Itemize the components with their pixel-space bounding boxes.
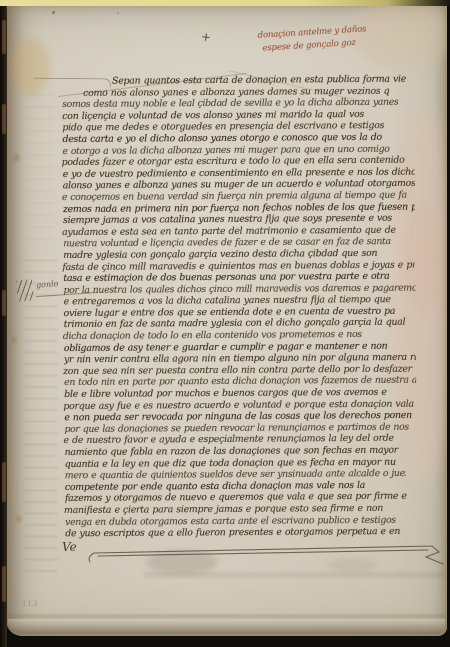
manuscript-text-line: nuestra voluntad e liçençia avedes de fa…	[63, 236, 415, 250]
foxing-spot	[12, 336, 16, 343]
manuscript-text-line: e de nuestro favor e ayuda e espeçialmen…	[64, 433, 416, 447]
folio-number-note: 113	[22, 600, 38, 608]
binding-stitch	[2, 290, 6, 316]
manuscript-text-block: Sepan quantos esta carta de donaçion en …	[62, 74, 417, 540]
page-stack-shadow	[8, 615, 445, 617]
book-spine	[0, 0, 7, 647]
manuscript-text-line: somos desta muy noble e leal çibdad de s…	[62, 97, 414, 111]
foxing-spot	[16, 516, 21, 522]
gutter-shadow	[6, 4, 24, 636]
binding-stitch	[2, 566, 6, 602]
invocation-cross-mark: +	[200, 29, 214, 44]
foxing-spot	[14, 154, 19, 162]
margin-annotation: gonlo	[36, 279, 59, 290]
manuscript-text-line: e conoçemos en buena verdad sin fuerça n…	[62, 189, 414, 203]
book-top-edge	[0, 0, 450, 6]
closing-flourish-line	[80, 536, 447, 578]
page-stack-edge	[8, 619, 445, 634]
manuscript-text-line: en todo nin en parte por quanto esta dic…	[64, 375, 416, 389]
manuscript-page: + donaçion antelme y daños espese de gon…	[6, 4, 447, 636]
closing-mark: Ve	[62, 540, 77, 554]
show-through-text	[26, 90, 54, 240]
manuscript-text-line: podades fazer e otorgar esta escritura e…	[62, 155, 414, 169]
margin-hatch-mark	[16, 279, 34, 302]
manuscript-scan: + donaçion antelme y daños espese de gon…	[0, 0, 450, 647]
ink-speck	[117, 12, 119, 14]
manuscript-text-line: pido que me dedes e otorguedes en presen…	[62, 120, 414, 134]
manuscript-text-line: e entregaremos a vos la dicha catalina y…	[64, 294, 416, 308]
binding-stitch	[2, 104, 6, 134]
rubric-annotation: donaçion antelme y daños espese de gonça…	[257, 22, 384, 56]
manuscript-text-line: fasta de çinco mill maravedis e quinient…	[62, 259, 414, 273]
binding-stitch	[2, 462, 6, 502]
manuscript-text-line: mero e quantia de quinientos sueldos dev…	[65, 468, 407, 482]
ink-speck	[52, 11, 55, 14]
manuscript-text-line: dicha donaçion de todo lo en ella conten…	[63, 329, 415, 343]
binding-stitch	[2, 20, 6, 54]
